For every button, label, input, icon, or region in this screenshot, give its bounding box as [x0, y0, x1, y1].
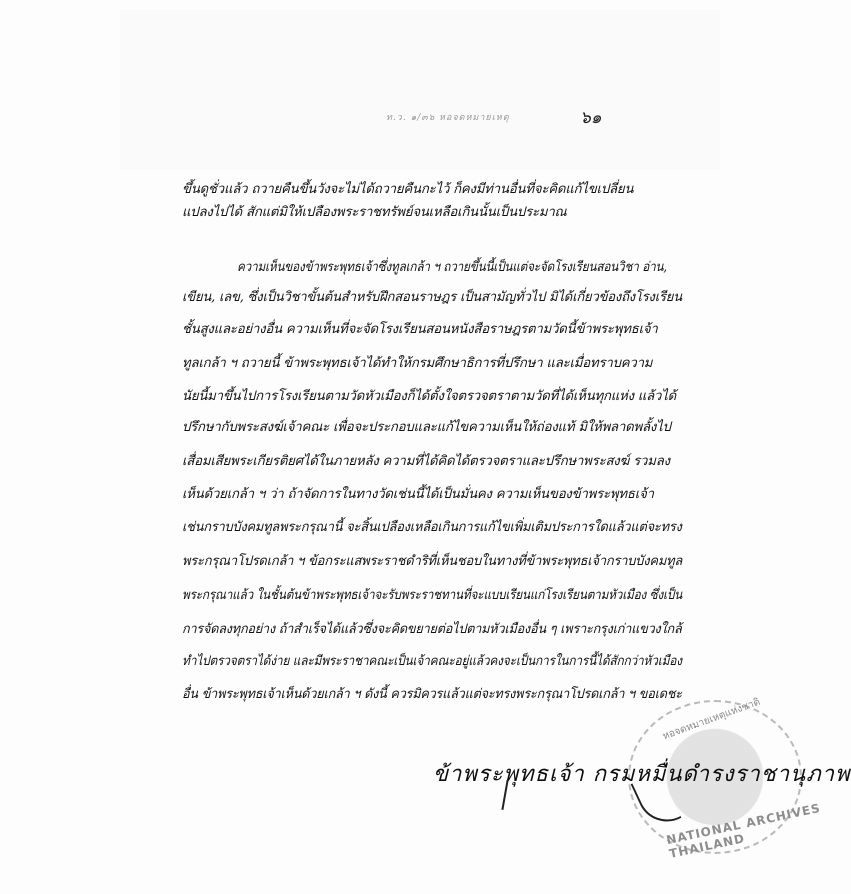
letter-line: ความเห็นของข้าพระพุทธเจ้าซึ่งทูลเกล้า ฯ … [237, 258, 682, 278]
letter-line: พระกรุณาโปรดเกล้า ฯ ข้อกระแสพระราชดำริที… [182, 552, 671, 572]
letter-line: นัยนี้มาขึ้นไปการโรงเรียนตามวัดหัวเมืองก… [182, 387, 682, 407]
letter-line: ปรึกษากับพระสงฆ์เจ้าคณะ เพื่อจะประกอบและ… [182, 418, 682, 438]
letter-line: แปลงไปได้ สักแต่มิให้เปลืองพระราชทรัพย์จ… [182, 203, 682, 223]
letter-line: ขึ้นดูชั่วแล้ว ถวายคืนขึ้นวังจะไม่ได้ถวา… [182, 180, 682, 200]
letter-line: เห็นด้วยเกล้า ฯ ว่า ถ้าจัดการในทางวัดเช่… [182, 485, 682, 505]
letter-line: เสื่อมเสียพระเกียรติยศได้ในภายหลัง ความท… [182, 452, 682, 472]
letter-line: เขียน, เลข, ซึ่งเป็นวิชาขั้นต้นสำหรับฝึก… [182, 288, 676, 308]
paper-shadow [120, 10, 720, 170]
letter-line: อื่น ข้าพระพุทธเจ้าเห็นด้วยเกล้า ฯ ดังนี… [182, 685, 662, 705]
archive-reference-text: ท.ว. ๑/๓๖ หอจดหมายเหตุ [386, 110, 510, 124]
letter-line: ทูลเกล้า ฯ ถวายนี้ ข้าพระพุทธเจ้าได้ทำให… [182, 354, 682, 374]
letter-line: ทำไปตรวจตราได้ง่าย และมีพระราชาคณะเป็นเจ… [182, 652, 633, 672]
letter-line: เช่นกราบบังคมทูลพระกรุณานี้ จะสิ้นเปลือง… [182, 518, 668, 538]
document-page: ท.ว. ๑/๓๖ หอจดหมายเหตุ ๖๑ ขึ้นดูชั่วแล้ว… [0, 0, 851, 894]
letter-line: ชั้นสูงและอย่างอื่น ความเห็นที่จะจัดโรงเ… [182, 320, 682, 340]
letter-line: การจัดลงทุกอย่าง ถ้าสำเร็จได้แล้วซึ่งจะค… [182, 620, 662, 640]
letter-line: พระกรุณาแล้ว ในชั้นต้นข้าพระพุทธเจ้าจะรั… [182, 586, 628, 606]
page-number-mark: ๖๑ [580, 104, 602, 131]
